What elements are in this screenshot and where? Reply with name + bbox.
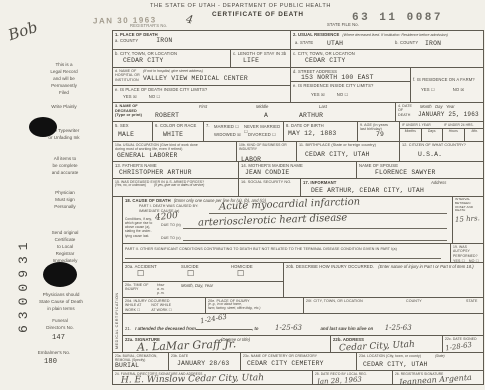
page-title: CERTIFICATE OF DEATH: [212, 11, 304, 19]
field-date-of-birth: 8. DATE OF BIRTH MAY 12, 1883: [283, 121, 357, 141]
registrar-no-label: REGISTRAR'S No.: [130, 23, 167, 28]
spouse-label: NAME OF SPOUSE: [359, 163, 482, 168]
hospital-note: (If not in hospital, give street address…: [143, 69, 203, 73]
field-informant: 17. INFORMANT Address DEE ARTHUR, CEDAR …: [300, 178, 484, 196]
describe-injury-label: 20b. DESCRIBE HOW INJURY OCCURRED.: [286, 264, 374, 269]
death-certificate-scan: THE STATE OF UTAH - DEPARTMENT OF PUBLIC…: [0, 0, 485, 390]
state-file-number: 63 11 0087: [352, 12, 443, 24]
cause-of-death-label: 18. CAUSE OF DEATH: [125, 198, 171, 203]
middle-name-value: A: [264, 112, 268, 119]
min-col-label: Min.: [464, 129, 485, 141]
field-marital-status: 7. MARRIED ☐ NEVER MARRIED ☐ WIDOWED ☒ D…: [203, 121, 283, 141]
margin-write-plainly: Write Plainly: [26, 104, 102, 111]
days-col-label: Days: [421, 129, 443, 141]
injury-county-label: COUNTY: [406, 299, 422, 303]
part2-blank-line: [125, 251, 441, 259]
residence-note: (Where deceased lived. If institution: R…: [342, 33, 447, 37]
residence-city-label: c. CITY, TOWN, OR LOCATION: [293, 51, 482, 56]
informant-label: 17. INFORMANT: [303, 180, 336, 185]
field-ssn: 16. SOCIAL SECURITY NO.: [238, 178, 300, 196]
field-business: 10b. KIND OF BUSINESS OR INDUSTRY LABOR: [236, 141, 296, 161]
punch-hole-top: [29, 117, 57, 137]
attended-post-text: and last saw him alive on: [320, 326, 373, 331]
field-usual-residence: 2. USUAL RESIDENCE (Where deceased lived…: [290, 30, 484, 49]
race-value: WHITE: [163, 131, 201, 138]
under-one-year-label: IF UNDER 1 YEAR: [402, 123, 431, 127]
attended-num: 21.: [125, 326, 131, 331]
field-interval: INTERVAL BETWEEN ONSET AND DEATH 15 hrs.: [452, 196, 484, 243]
mother-name-label: 14. MOTHER'S MAIDEN NAME: [241, 163, 354, 168]
farm-no-checkbox: NO ☒: [453, 87, 465, 92]
death-limits-yes-checkbox: YES ☒: [123, 94, 137, 99]
deceased-name-label: 3. NAME OF DECEASED (Type or print): [115, 104, 142, 118]
date-of-birth-label: 8. DATE OF BIRTH: [286, 123, 355, 128]
field-autopsy: 19. WAS AUTOPSY PERFORMED? YES ☐ NO ☐: [450, 243, 484, 262]
date-of-birth-value: MAY 12, 1883: [288, 130, 355, 137]
field-residence-city-limits: e. IS RESIDENCE INSIDE CITY LIMITS? YES …: [290, 81, 410, 102]
informant-address-label: Address: [431, 180, 446, 185]
occupation-value: GENERAL LABORER: [117, 152, 234, 159]
citizen-value: U.S.A.: [418, 151, 482, 158]
field-date-received: 25. DATE REC'D BY LOCAL REG. Jan 28, 196…: [312, 370, 392, 385]
age-value: 79: [376, 131, 397, 138]
length-of-stay-value: LIFE: [243, 57, 288, 64]
citizen-label: 12. CITIZEN OF WHAT COUNTRY?: [402, 143, 482, 148]
field-burial-date: 23b. DATE JANUARY 28/63: [168, 352, 240, 370]
burial-label: 23a. BURIAL, CREMATION, REMOVAL (Specify…: [115, 354, 166, 362]
document-serial-number: 6300931: [16, 158, 31, 333]
interval-value: 15 hrs.: [455, 214, 482, 224]
informant-value: DEE ARTHUR, CEDAR CITY, UTAH: [311, 187, 424, 194]
funeral-director-signature: H. E. Winslow Cedar City, Utah: [121, 372, 310, 385]
field-mother-name: 14. MOTHER'S MAIDEN NAME JEAN CONDIE: [238, 161, 356, 178]
field-name-of-deceased: 3. NAME OF DECEASED (Type or print) Firs…: [112, 102, 395, 121]
date-of-death-cols: Month Day Year: [420, 104, 455, 109]
dept-header: THE STATE OF UTAH - DEPARTMENT OF PUBLIC…: [150, 3, 331, 10]
field-place-of-death: 1. PLACE OF DEATH a. COUNTY IRON: [112, 30, 290, 49]
armed-forces-note1: (Yes, no, or unknown): [115, 184, 146, 188]
residence-city-value: CEDAR CITY: [305, 57, 482, 64]
sex-value: MALE: [118, 131, 150, 138]
birthplace-label: 11. BIRTHPLACE (State or foreign country…: [299, 143, 397, 148]
field-age: 9. AGE (In years last birthday) 79: [357, 121, 399, 141]
burial-date-value: JANUARY 28/63: [177, 360, 238, 367]
part1-label: PART I. DEATH WAS CAUSED BY:: [139, 204, 199, 208]
field-funeral-director: 24. FUNERAL DIRECTOR'S SIGNATURE AND ADD…: [112, 370, 312, 385]
while-at-work-checkbox: WHILE AT WORK ☐: [125, 303, 141, 312]
months-col-label: Months: [400, 129, 421, 141]
under-24-hrs-label: IF UNDER 24 HRS.: [444, 123, 474, 127]
burial-location-value: CEDAR CITY, UTAH: [363, 361, 482, 368]
field-accident-suicide-homicide: 20a. ACCIDENT SUICIDE HOMICIDE ☐ ☐ ☐: [122, 262, 283, 281]
margin-physician-sign: Physician Must sign Personally: [30, 190, 100, 211]
ssn-label: 16. SOCIAL SECURITY NO.: [241, 180, 298, 185]
cemetery-value: CEDAR CITY CEMETERY: [247, 360, 354, 367]
time-of-injury-label: 20c. TIME OF INJURY: [125, 283, 149, 292]
date-signed-value: 1-28-63: [445, 340, 483, 352]
farm-label: f. IS RESIDENCE ON A FARM?: [413, 77, 482, 82]
residence-state-label: a. STATE: [295, 40, 313, 45]
time-mdy-label: Month, Day, Year: [181, 283, 213, 288]
place-city-label: b. CITY, TOWN, OR LOCATION: [115, 51, 228, 56]
middle-name-col-label: Middle: [256, 104, 268, 109]
attended-alive-line: 1-25-63: [373, 317, 423, 335]
due-to-c-label: DUE TO (c): [161, 236, 181, 240]
place-county-value: IRON: [156, 37, 172, 44]
divorced-checkbox: DIVORCED ☐: [248, 132, 276, 137]
injury-city-label: 20f. CITY, TOWN, OR LOCATION: [306, 299, 363, 303]
marital-num: 7.: [206, 123, 210, 128]
embalmer-no-label: Embalmer's No.: [14, 350, 94, 357]
attended-to-value: 1-25-63: [275, 324, 302, 332]
father-name-value: CHRISTOPHER ARTHUR: [119, 169, 236, 176]
attended-from-line: 1-24-63: [196, 323, 252, 330]
field-registrar-signature: 26. REGISTRAR'S SIGNATURE Jeannean Argen…: [392, 370, 484, 385]
married-checkbox: MARRIED ☐: [214, 124, 239, 129]
residence-county-value: IRON: [425, 40, 441, 47]
field-part2: PART II. OTHER SIGNIFICANT CONDITIONS CO…: [122, 243, 450, 262]
attended-mid-text: , to: [252, 326, 259, 331]
field-cemetery: 23c. NAME OF CEMETERY OR CREMATORY CEDAR…: [240, 352, 356, 370]
residence-label: 2. USUAL RESIDENCE: [293, 32, 339, 37]
describe-injury-note: (Enter nature of injury in Part I or Par…: [378, 264, 473, 269]
field-cause-of-death: 18. CAUSE OF DEATH (Enter only one cause…: [122, 196, 452, 243]
occupation-label: 10a. USUAL OCCUPATION (Give kind of work…: [115, 143, 234, 152]
margin-all-items: All items to be complete and accurate: [28, 156, 102, 177]
attended-pre-text: I attended the deceased from: [135, 326, 196, 331]
field-injury-city: 20f. CITY, TOWN, OR LOCATION COUNTY STAT…: [303, 297, 484, 313]
punch-hole-bottom: [43, 262, 77, 287]
residence-state-value: UTAH: [327, 40, 343, 47]
field-death-city-limits: e. IS PLACE OF DEATH INSIDE CITY LIMITS?…: [112, 85, 290, 102]
length-of-stay-label: c. LENGTH OF STAY IN 3b: [233, 51, 288, 56]
residence-limits-yes-checkbox: YES ☒: [311, 92, 325, 97]
field-father-name: 13. FATHER'S NAME CHRISTOPHER ARTHUR: [112, 161, 238, 178]
field-birthplace: 11. BIRTHPLACE (State or foreign country…: [296, 141, 399, 161]
business-label: 10b. KIND OF BUSINESS OR INDUSTRY: [239, 143, 294, 152]
burial-location-state-label: (State): [435, 355, 445, 359]
field-physician-signature: 22a. SIGNATURE (Degree or title) A. LaMa…: [122, 335, 330, 352]
hours-col-label: Hours: [442, 129, 464, 141]
field-citizen: 12. CITIZEN OF WHAT COUNTRY? U.S.A.: [399, 141, 484, 161]
funeral-director-no-label: Funeral Director's No.: [22, 318, 98, 332]
birthplace-value: CEDAR CITY, UTAH: [305, 151, 397, 158]
time-hour-label: Hour a. m. p. m.: [157, 283, 165, 295]
hospital-value: VALLEY VIEW MEDICAL CENTER: [143, 75, 248, 82]
field-armed-forces: 15. WAS DECEASED EVER IN U.S. ARMED FORC…: [112, 178, 238, 196]
field-time-of-injury: 20c. TIME OF INJURY Hour a. m. p. m. Mon…: [122, 281, 283, 297]
field-describe-injury: 20b. DESCRIBE HOW INJURY OCCURRED. (Ente…: [283, 262, 484, 297]
physician-signature-value: A. LaMar Graff Jr.: [137, 337, 237, 352]
field-place-of-injury: 20e. PLACE OF INJURY (e. g., in or about…: [205, 297, 303, 313]
attended-from-value: 1-24-63: [199, 313, 227, 325]
first-name-value: ROBERT: [155, 112, 179, 119]
field-color-or-race: 6. COLOR OR RACE WHITE: [152, 121, 203, 141]
field-occupation: 10a. USUAL OCCUPATION (Give kind of work…: [112, 141, 236, 161]
conditions-note: Conditions, if any, which gave rise to a…: [125, 217, 152, 238]
medical-certification-label: MEDICAL CERTIFICATION: [115, 203, 119, 349]
burial-date-label: 23b. DATE: [171, 354, 238, 358]
sex-label: 5. SEX: [115, 123, 150, 128]
field-place-city: b. CITY, TOWN, OR LOCATION CEDAR CITY: [112, 49, 230, 67]
field-injury-occurred: 20d. INJURY OCCURRED WHILE AT WORK ☐ NOT…: [122, 297, 205, 313]
cause-b-code: 4200: [155, 211, 179, 223]
father-name-label: 13. FATHER'S NAME: [115, 163, 236, 168]
hospital-label: d. NAME OF HOSPITAL OR INSTITUTION: [115, 69, 140, 82]
funeral-director-no-value: 147: [52, 334, 65, 342]
cause-a-line: Acute myocardial infarction: [209, 198, 447, 214]
date-of-death-value: JANUARY 25, 1963: [418, 111, 479, 118]
place-county-label: a. COUNTY: [115, 38, 138, 43]
spouse-value: FLORENCE SAWYER: [375, 169, 482, 176]
field-hospital: d. NAME OF HOSPITAL OR INSTITUTION (If n…: [112, 67, 290, 85]
field-residence-city: c. CITY, TOWN, OR LOCATION CEDAR CITY: [290, 49, 484, 67]
not-while-at-work-checkbox: NOT WHILE AT WORK ☐: [151, 303, 171, 312]
burial-value: BURIAL: [115, 362, 166, 369]
mother-name-value: JEAN CONDIE: [245, 169, 354, 176]
field-sex: 5. SEX MALE: [112, 121, 152, 141]
attended-to-line: 1-25-63: [258, 317, 318, 335]
death-limits-no-checkbox: NO ☐: [149, 94, 161, 99]
field-residence-on-farm: f. IS RESIDENCE ON A FARM? YES ☐ NO ☒: [410, 67, 484, 102]
last-name-col-label: Last: [319, 104, 327, 109]
field-street-address: d. STREET ADDRESS 153 NORTH 100 EAST: [290, 67, 410, 81]
attended-alive-value: 1-25-63: [385, 324, 412, 332]
farm-yes-checkbox: YES ☐: [421, 87, 435, 92]
field-if-under-one-year: IF UNDER 1 YEAR IF UNDER 24 HRS. Months …: [399, 121, 484, 141]
autopsy-label: 19. WAS AUTOPSY PERFORMED?: [453, 245, 482, 258]
date-of-death-label: 4. DATE OF DEATH: [398, 104, 412, 117]
last-name-value: ARTHUR: [299, 112, 323, 119]
embalmer-no-value: 180: [44, 358, 57, 366]
field-attended-statement: 21. I attended the deceased from 1-24-63…: [122, 313, 484, 335]
registrar-no-value: 4: [185, 12, 194, 26]
field-length-of-stay: c. LENGTH OF STAY IN 3b LIFE: [230, 49, 290, 67]
widowed-checkbox: WIDOWED ☒: [214, 132, 241, 137]
margin-legal-record: This is a Legal Record and will be Perma…: [28, 62, 100, 96]
residence-limits-label: e. IS RESIDENCE INSIDE CITY LIMITS?: [293, 83, 408, 88]
corner-handwritten-note: Bob: [6, 18, 40, 44]
residence-limits-no-checkbox: NO ☐: [337, 92, 349, 97]
cause-b-line: arteriosclerotic heart disease: [183, 214, 447, 229]
place-of-injury-note: (e. g., in or about home, farm, factory,…: [208, 303, 301, 311]
interval-label: INTERVAL BETWEEN ONSET AND DEATH: [455, 198, 482, 213]
accident-checkbox: ☐: [137, 269, 144, 278]
due-to-b-label: DUE TO (b): [161, 223, 181, 227]
residence-county-label: b. COUNTY: [395, 40, 418, 45]
death-city-limits-label: e. IS PLACE OF DEATH INSIDE CITY LIMITS?: [115, 87, 288, 92]
place-city-value: CEDAR CITY: [123, 57, 228, 64]
burial-location-label: 23d. LOCATION (City, town, or county): [359, 354, 421, 358]
cause-c-line: [183, 230, 447, 241]
field-physician-address: 22b. ADDRESS Cedar City, Utah: [330, 335, 442, 352]
cause-b-value: arteriosclerotic heart disease: [198, 212, 348, 228]
first-name-col-label: First: [199, 104, 207, 109]
margin-send-original: Send original Certificate to Local Regis…: [30, 230, 100, 264]
field-burial-location: 23d. LOCATION (City, town, or county) (S…: [356, 352, 484, 370]
field-spouse-name: NAME OF SPOUSE FLORENCE SAWYER: [356, 161, 484, 178]
injury-state-label: STATE: [466, 299, 478, 303]
field-date-signed: 22c. DATE SIGNED 1-28-63: [442, 335, 484, 352]
field-burial: 23a. BURIAL, CREMATION, REMOVAL (Specify…: [112, 352, 168, 370]
homicide-checkbox: ☐: [237, 269, 244, 278]
field-date-of-death: 4. DATE OF DEATH Month Day Year JANUARY …: [395, 102, 484, 121]
cemetery-label: 23c. NAME OF CEMETERY OR CREMATORY: [243, 354, 354, 358]
race-label: 6. COLOR OR RACE: [155, 123, 201, 128]
armed-forces-note2: (If yes, give war or dates of service): [154, 184, 204, 188]
street-address-value: 153 NORTH 100 EAST: [301, 74, 408, 81]
medical-certification-strip: MEDICAL CERTIFICATION: [112, 196, 122, 352]
cause-a-value: Acute myocardial infarction: [219, 197, 360, 213]
suicide-checkbox: ☐: [187, 269, 194, 278]
